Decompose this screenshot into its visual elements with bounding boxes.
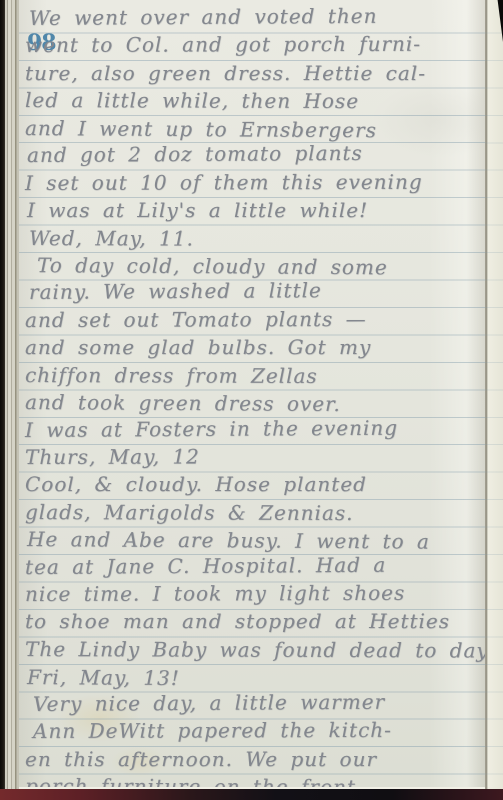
handwriting-line: went to Col. and got porch furni- xyxy=(25,30,483,59)
diary-photo: 98 We went over and voted thenwent to Co… xyxy=(0,0,503,800)
handwriting-line: I was at Lily's a little while! xyxy=(25,196,483,223)
handwriting-line: nice time. I took my light shoes xyxy=(25,579,483,608)
handwriting-line: and set out Tomato plants — xyxy=(25,304,483,333)
handwriting-line: Ann DeWitt papered the kitch- xyxy=(25,716,483,745)
page-edge-stack xyxy=(5,0,20,800)
handwriting-line: We went over and voted then xyxy=(25,1,483,31)
handwriting-line: and got 2 doz tomato plants xyxy=(25,138,483,168)
handwriting-line: Wed, May, 11. xyxy=(25,224,483,253)
handwriting-line: porch furniture on the front xyxy=(25,772,483,789)
handwriting-line: glads, Marigolds & Zennias. xyxy=(25,498,483,527)
next-page-edge xyxy=(485,0,503,789)
handwriting-line: I set out 10 of them this evening xyxy=(25,167,483,196)
handwriting-line: The Lindy Baby was found dead to day. xyxy=(25,635,483,664)
handwriting-line: and some glad bulbs. Got my xyxy=(25,333,483,360)
handwriting: We went over and voted thenwent to Col. … xyxy=(25,4,483,789)
handwriting-line: tea at Jane C. Hospital. Had a xyxy=(25,550,483,580)
diary-page: 98 We went over and voted thenwent to Co… xyxy=(19,0,485,789)
next-page-ruled-lines xyxy=(485,0,503,789)
handwriting-line: Very nice day, a little warmer xyxy=(25,687,483,717)
handwriting-line: led a little while, then Hose xyxy=(25,86,483,115)
handwriting-line: Thurs, May, 12 xyxy=(25,442,483,471)
handwriting-line: Cool, & cloudy. Hose planted xyxy=(25,470,483,497)
handwriting-line: ture, also green dress. Hettie cal- xyxy=(25,59,483,86)
book-cover-edge xyxy=(0,789,503,800)
handwriting-line: chiffon dress from Zellas xyxy=(25,361,483,390)
handwriting-line: I was at Fosters in the evening xyxy=(25,413,483,443)
handwriting-line: rainy. We washed a little xyxy=(25,275,483,305)
handwriting-line: to shoe man and stopped at Hetties xyxy=(25,608,483,635)
handwriting-line: en this afternoon. We put our xyxy=(25,745,483,772)
